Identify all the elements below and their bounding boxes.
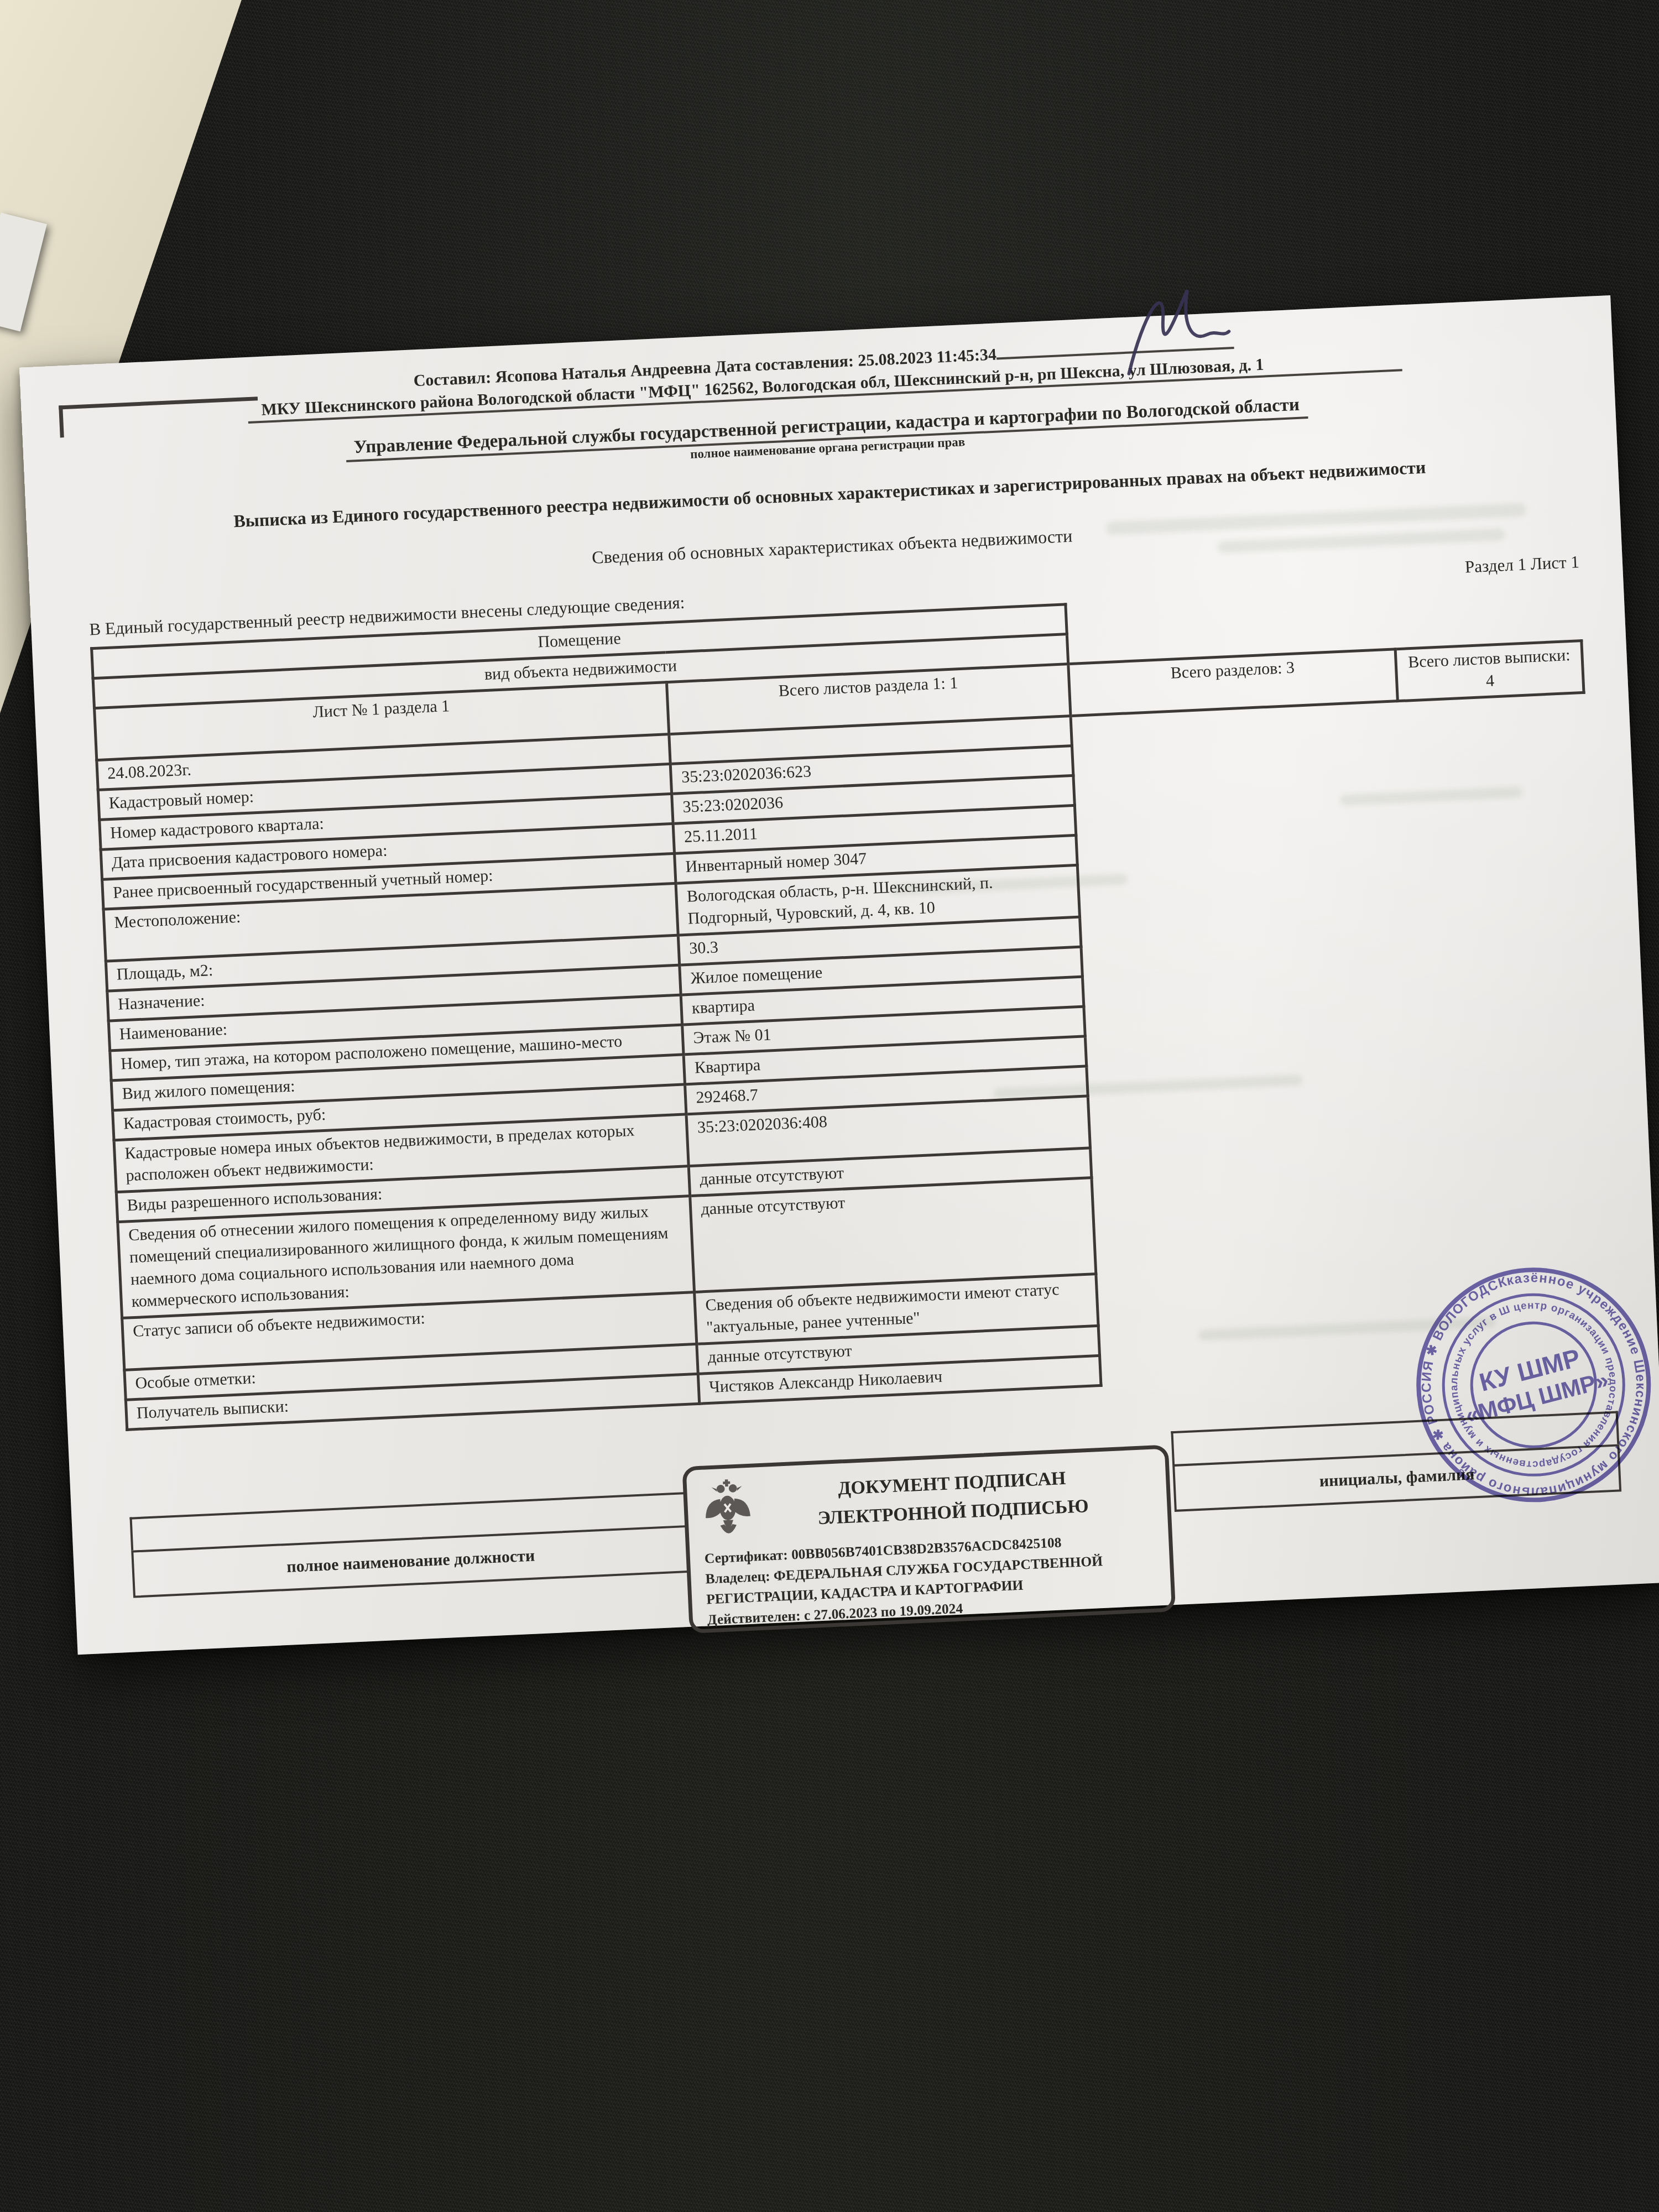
signature-section: полное наименование должности инициалы, … xyxy=(127,1395,1628,1700)
photo-background: { "colors":{"paper":"#eceae7","ink":"#2b… xyxy=(0,0,1659,2212)
row-value: данные отсутствуют xyxy=(690,1178,1096,1292)
position-caption-box: полное наименование должности xyxy=(129,1492,690,1598)
section-page: Раздел 1 Лист 1 xyxy=(1464,552,1579,577)
meta-cell: Всего разделов: 3 xyxy=(1068,649,1398,716)
esign-box: ДОКУМЕНТ ПОДПИСАН ЭЛЕКТРОННОЙ ПОДПИСЬЮ С… xyxy=(682,1444,1176,1634)
eagle-icon xyxy=(701,1475,754,1543)
meta-cell: Всего листов выписки: 4 xyxy=(1396,641,1584,701)
corner-mark xyxy=(59,405,64,437)
signature-line xyxy=(997,347,1234,360)
handwritten-signature xyxy=(1117,275,1249,379)
paper-sheet: Составил: Ясопова Наталья Андреевна Дата… xyxy=(19,295,1659,1655)
